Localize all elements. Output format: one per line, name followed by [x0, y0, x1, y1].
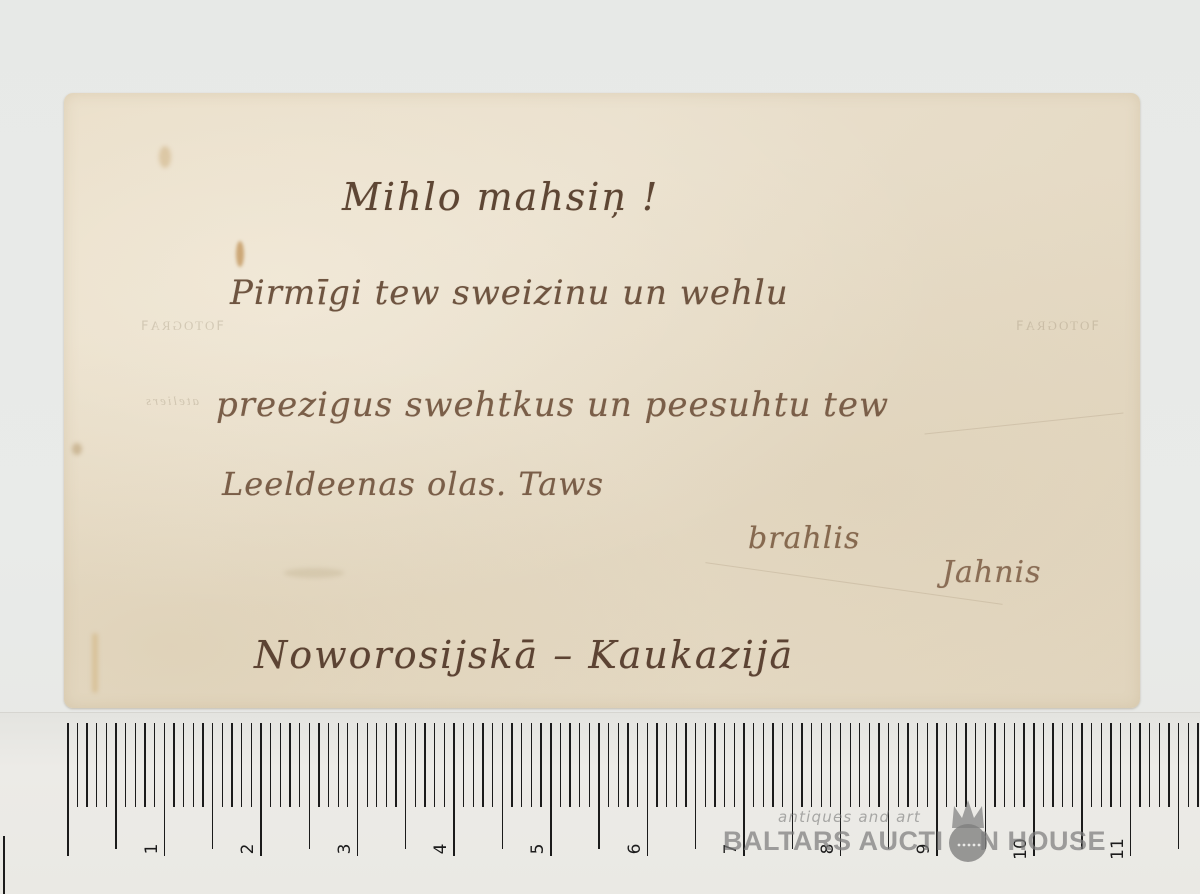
- handwriting-line: Leeldeenas olas. Taws: [222, 465, 604, 503]
- ruler-mm-tick: [511, 723, 512, 807]
- ruler-mm-tick: [666, 723, 667, 807]
- ruler-mm-tick: [309, 723, 310, 849]
- handwriting-line: preezigus swehtkus un peesuhtu tew: [216, 385, 889, 425]
- ruler-mm-tick: [734, 723, 735, 807]
- stain-mark: [72, 443, 82, 455]
- ruler-cm-tick: [550, 723, 552, 856]
- ruler-mm-tick: [608, 723, 609, 807]
- ruler-mm-tick: [579, 723, 580, 807]
- ruler-mm-tick: [125, 723, 126, 807]
- handwriting-salutation: Mihlo mahsiņ !: [342, 175, 659, 219]
- ruler-cm-label: 6: [625, 837, 645, 861]
- ruler-mm-tick: [202, 723, 203, 807]
- ruler-mm-tick: [1004, 723, 1005, 807]
- ruler-mm-tick: [589, 723, 590, 807]
- ruler-mm-tick: [1139, 723, 1140, 807]
- auction-house-logo-icon: [948, 798, 988, 866]
- stain-mark: [284, 568, 344, 578]
- ruler-mm-tick: [869, 723, 870, 807]
- ruler-mm-tick: [1101, 723, 1102, 807]
- ruler-mm-tick: [338, 723, 339, 807]
- ruler-mm-tick: [898, 723, 899, 807]
- ruler-mm-tick: [1197, 723, 1198, 807]
- ruler-mm-tick: [811, 723, 812, 807]
- ruler-mm-tick: [376, 723, 377, 807]
- ruler-mm-tick: [975, 723, 976, 807]
- ruler-mm-tick: [280, 723, 281, 807]
- ruler-mm-tick: [772, 723, 773, 807]
- ruler-mm-tick: [289, 723, 290, 807]
- handwriting-closing: brahlis: [748, 521, 860, 556]
- ruler-mm-tick: [386, 723, 387, 807]
- ruler-mm-tick: [859, 723, 860, 807]
- ruler-mm-tick: [637, 723, 638, 807]
- ruler-mm-tick: [1120, 723, 1121, 807]
- ruler-mm-tick: [531, 723, 532, 807]
- ruler-mm-tick: [994, 723, 995, 807]
- ruler-mm-tick: [763, 723, 764, 807]
- ruler-cm-tick: [164, 723, 166, 856]
- watermark-brand-left: BALTARS AUCTI: [723, 826, 943, 856]
- ruler-mm-tick: [850, 723, 851, 807]
- ruler-mm-tick: [782, 723, 783, 807]
- ruler-mm-tick: [222, 723, 223, 807]
- ruler-mm-tick: [878, 723, 879, 807]
- metric-ruler: 123456789101112: [0, 712, 1200, 894]
- ruler-mm-tick: [540, 723, 541, 807]
- ruler-mm-tick: [618, 723, 619, 807]
- ruler-mm-tick: [1052, 723, 1053, 807]
- ruler-mm-tick: [241, 723, 242, 807]
- ruler-mm-tick: [415, 723, 416, 807]
- ruler-mm-tick: [830, 723, 831, 807]
- ruler-mm-tick: [318, 723, 319, 807]
- ruler-zero-edge-mark: [3, 836, 5, 894]
- ruler-cm-label: 3: [335, 837, 355, 861]
- ruler-mm-tick: [502, 723, 503, 849]
- ruler-mm-tick: [1062, 723, 1063, 807]
- watermark-brand-right: N HOUSE: [979, 826, 1106, 856]
- ruler-mm-tick: [1168, 723, 1169, 807]
- ruler-cm-tick: [260, 723, 262, 856]
- ruler-mm-tick: [907, 723, 908, 807]
- ruler-mm-tick: [1091, 723, 1092, 807]
- ruler-mm-tick: [212, 723, 213, 849]
- ruler-mm-tick: [956, 723, 957, 807]
- stain-mark: [92, 633, 98, 693]
- watermark-brand: BALTARS AUCTIN HOUSE: [723, 826, 1106, 857]
- ruler-cm-tick: [67, 723, 69, 856]
- ruler-mm-tick: [965, 723, 966, 807]
- ruler-mm-tick: [1023, 723, 1024, 807]
- ink-stain: [236, 241, 244, 267]
- ruler-mm-tick: [299, 723, 300, 807]
- ruler-cm-tick: [647, 723, 649, 856]
- ruler-mm-tick: [598, 723, 599, 849]
- ruler-cm-label: 5: [528, 837, 548, 861]
- handwriting-line: Pirmīgi tew sweizinu un wehlu: [230, 273, 789, 313]
- ruler-mm-tick: [135, 723, 136, 807]
- ruler-mm-tick: [1072, 723, 1073, 807]
- ruler-mm-tick: [367, 723, 368, 807]
- ruler-mm-tick: [115, 723, 116, 849]
- ruler-mm-tick: [173, 723, 174, 807]
- ruler-mm-tick: [328, 723, 329, 807]
- handwriting-location: Noworosijskā – Kaukazijā: [254, 633, 794, 677]
- ruler-mm-tick: [753, 723, 754, 807]
- ghost-stamp-text: ꟻOTOGRAꟻ: [139, 318, 224, 334]
- ruler-mm-tick: [473, 723, 474, 807]
- ruler-mm-tick: [724, 723, 725, 807]
- ruler-mm-tick: [627, 723, 628, 807]
- ruler-cm-label: 2: [238, 837, 258, 861]
- ruler-cm-tick: [357, 723, 359, 856]
- ruler-mm-tick: [492, 723, 493, 807]
- ruler-mm-tick: [96, 723, 97, 807]
- ruler-mm-tick: [569, 723, 570, 807]
- watermark-tagline: antiques and art: [778, 808, 921, 826]
- ruler-mm-tick: [1178, 723, 1179, 849]
- ruler-mm-tick: [1110, 723, 1111, 807]
- ruler-mm-tick: [270, 723, 271, 807]
- ruler-mm-tick: [463, 723, 464, 807]
- handwritten-card: ꟻOTOGRAꟻ ꟻOTOGRAꟻ ateliers Mihlo mahsiņ …: [64, 93, 1140, 708]
- ruler-mm-tick: [821, 723, 822, 807]
- ruler-mm-tick: [1149, 723, 1150, 807]
- ruler-mm-tick: [714, 723, 715, 807]
- ruler-mm-tick: [405, 723, 406, 849]
- ruler-mm-tick: [434, 723, 435, 807]
- ruler-mm-tick: [395, 723, 396, 807]
- ruler-mm-tick: [676, 723, 677, 807]
- ruler-mm-tick: [1014, 723, 1015, 807]
- ruler-mm-tick: [424, 723, 425, 807]
- ruler-mm-tick: [106, 723, 107, 807]
- ruler-cm-label: 4: [431, 837, 451, 861]
- ruler-mm-tick: [444, 723, 445, 807]
- ruler-cm-label: 11: [1108, 837, 1128, 861]
- ruler-mm-tick: [560, 723, 561, 807]
- ruler-mm-tick: [154, 723, 155, 807]
- ruler-mm-tick: [1159, 723, 1160, 807]
- ruler-mm-tick: [347, 723, 348, 807]
- ruler-mm-tick: [917, 723, 918, 807]
- ruler-mm-tick: [183, 723, 184, 807]
- card-crease: [924, 413, 1123, 435]
- ghost-stamp-text: ꟻOTOGRAꟻ: [1014, 318, 1099, 334]
- ruler-mm-tick: [193, 723, 194, 807]
- ruler-mm-tick: [231, 723, 232, 807]
- ghost-stamp-text: ateliers: [144, 393, 199, 409]
- ruler-cm-tick: [453, 723, 455, 856]
- ruler-cm-label: 1: [142, 837, 162, 861]
- ruler-mm-tick: [685, 723, 686, 807]
- ruler-mm-tick: [801, 723, 802, 807]
- ruler-mm-tick: [705, 723, 706, 807]
- stain-mark: [159, 146, 171, 168]
- ruler-mm-tick: [1188, 723, 1189, 807]
- ruler-mm-tick: [521, 723, 522, 807]
- handwriting-signature: Jahnis: [942, 555, 1042, 590]
- ruler-mm-tick: [946, 723, 947, 807]
- ruler-mm-tick: [251, 723, 252, 807]
- ruler-mm-tick: [482, 723, 483, 807]
- ruler-cm-tick: [1130, 723, 1132, 856]
- ruler-mm-tick: [656, 723, 657, 807]
- ruler-mm-tick: [1043, 723, 1044, 807]
- ruler-mm-tick: [77, 723, 78, 807]
- ruler-mm-tick: [86, 723, 87, 807]
- ruler-mm-tick: [144, 723, 145, 807]
- ruler-mm-tick: [695, 723, 696, 849]
- ruler-mm-tick: [927, 723, 928, 807]
